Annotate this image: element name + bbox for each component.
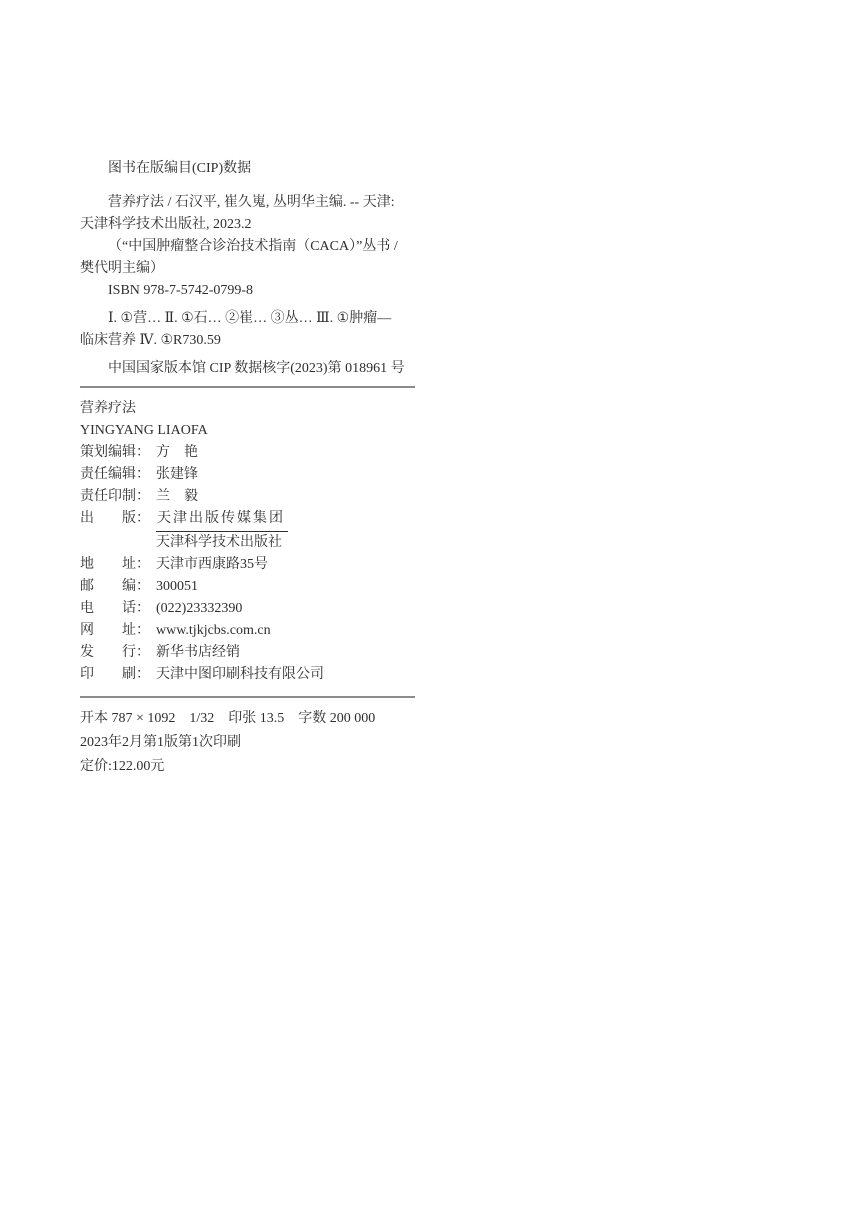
info-row: 发 行： 新华书店经销 [80,642,415,664]
info-value-website: www.tjkjcbs.com.cn [156,620,271,642]
publisher-label: 出 版： [80,508,150,530]
info-row: 地 址： 天津市西康路35号 [80,554,415,576]
cip-heading: 图书在版编目(CIP)数据 [80,158,415,180]
classification-line: 临床营养 Ⅳ. ①R730.59 [80,330,415,352]
cip-line: 樊代明主编） [80,258,415,280]
info-label: 发 行： [80,642,150,664]
editor-name: 方 艳 [156,442,198,464]
editor-row: 策划编辑： 方 艳 [80,442,415,464]
info-value-printer: 天津中图印刷科技有限公司 [156,664,324,686]
info-row: 网 址： www.tjkjcbs.com.cn [80,620,415,642]
cip-description: 营养疗法 / 石汉平, 崔久嵬, 丛明华主编. -- 天津: 天津科学技术出版社… [80,192,415,302]
publisher-row: 出 版： 天津出版传媒集团 天津科学技术出版社 [80,508,415,554]
classification-line: Ⅰ. ①营… Ⅱ. ①石… ②崔… ③丛… Ⅲ. ①肿瘤— [80,308,415,330]
publishing-group-name: 天津出版传媒集团 [156,508,288,532]
info-value-postcode: 300051 [156,576,198,598]
editor-role-label: 策划编辑： [80,442,150,464]
book-title: 营养疗法 [80,398,415,420]
editor-role-label: 责任印制： [80,486,150,508]
info-row: 印 刷： 天津中图印刷科技有限公司 [80,664,415,686]
info-label: 网 址： [80,620,150,642]
editor-name: 兰 毅 [156,486,198,508]
book-title-pinyin: YINGYANG LIAOFA [80,420,415,442]
info-row: 邮 编： 300051 [80,576,415,598]
cip-registry-number: 中国国家版本馆 CIP 数据核字(2023)第 018961 号 [80,358,415,380]
info-label: 地 址： [80,554,150,576]
info-label: 邮 编： [80,576,150,598]
colophon-content: 图书在版编目(CIP)数据 营养疗法 / 石汉平, 崔久嵬, 丛明华主编. --… [80,158,415,779]
publishing-house-name: 天津科学技术出版社 [156,535,282,550]
info-value-phone: (022)23332390 [156,598,242,620]
format-line: 开本 787 × 1092 1/32 印张 13.5 字数 200 000 [80,707,415,731]
info-row: 电 话： (022)23332390 [80,598,415,620]
cip-line: 营养疗法 / 石汉平, 崔久嵬, 丛明华主编. -- 天津: [80,192,415,214]
copyright-page: 图书在版编目(CIP)数据 营养疗法 / 石汉平, 崔久嵬, 丛明华主编. --… [0,0,867,1218]
divider-rule-top [80,386,415,388]
editor-row: 责任印制： 兰 毅 [80,486,415,508]
cip-classification: Ⅰ. ①营… Ⅱ. ①石… ②崔… ③丛… Ⅲ. ①肿瘤— 临床营养 Ⅳ. ①R… [80,308,415,352]
publisher-values: 天津出版传媒集团 天津科学技术出版社 [156,508,288,554]
editor-row: 责任编辑： 张建锋 [80,464,415,486]
divider-rule-bottom [80,696,415,698]
isbn-line: ISBN 978-7-5742-0799-8 [80,280,415,302]
info-value-address: 天津市西康路35号 [156,554,268,576]
cip-line: （“中国肿瘤整合诊治技术指南（CACA）”丛书 / [80,236,415,258]
print-info: 开本 787 × 1092 1/32 印张 13.5 字数 200 000 20… [80,707,415,779]
info-label: 电 话： [80,598,150,620]
cip-line: 天津科学技术出版社, 2023.2 [80,214,415,236]
editor-role-label: 责任编辑： [80,464,150,486]
info-value-distribution: 新华书店经销 [156,642,240,664]
editor-name: 张建锋 [156,464,198,486]
edition-line: 2023年2月第1版第1次印刷 [80,731,415,755]
info-label: 印 刷： [80,664,150,686]
price-line: 定价:122.00元 [80,755,415,779]
